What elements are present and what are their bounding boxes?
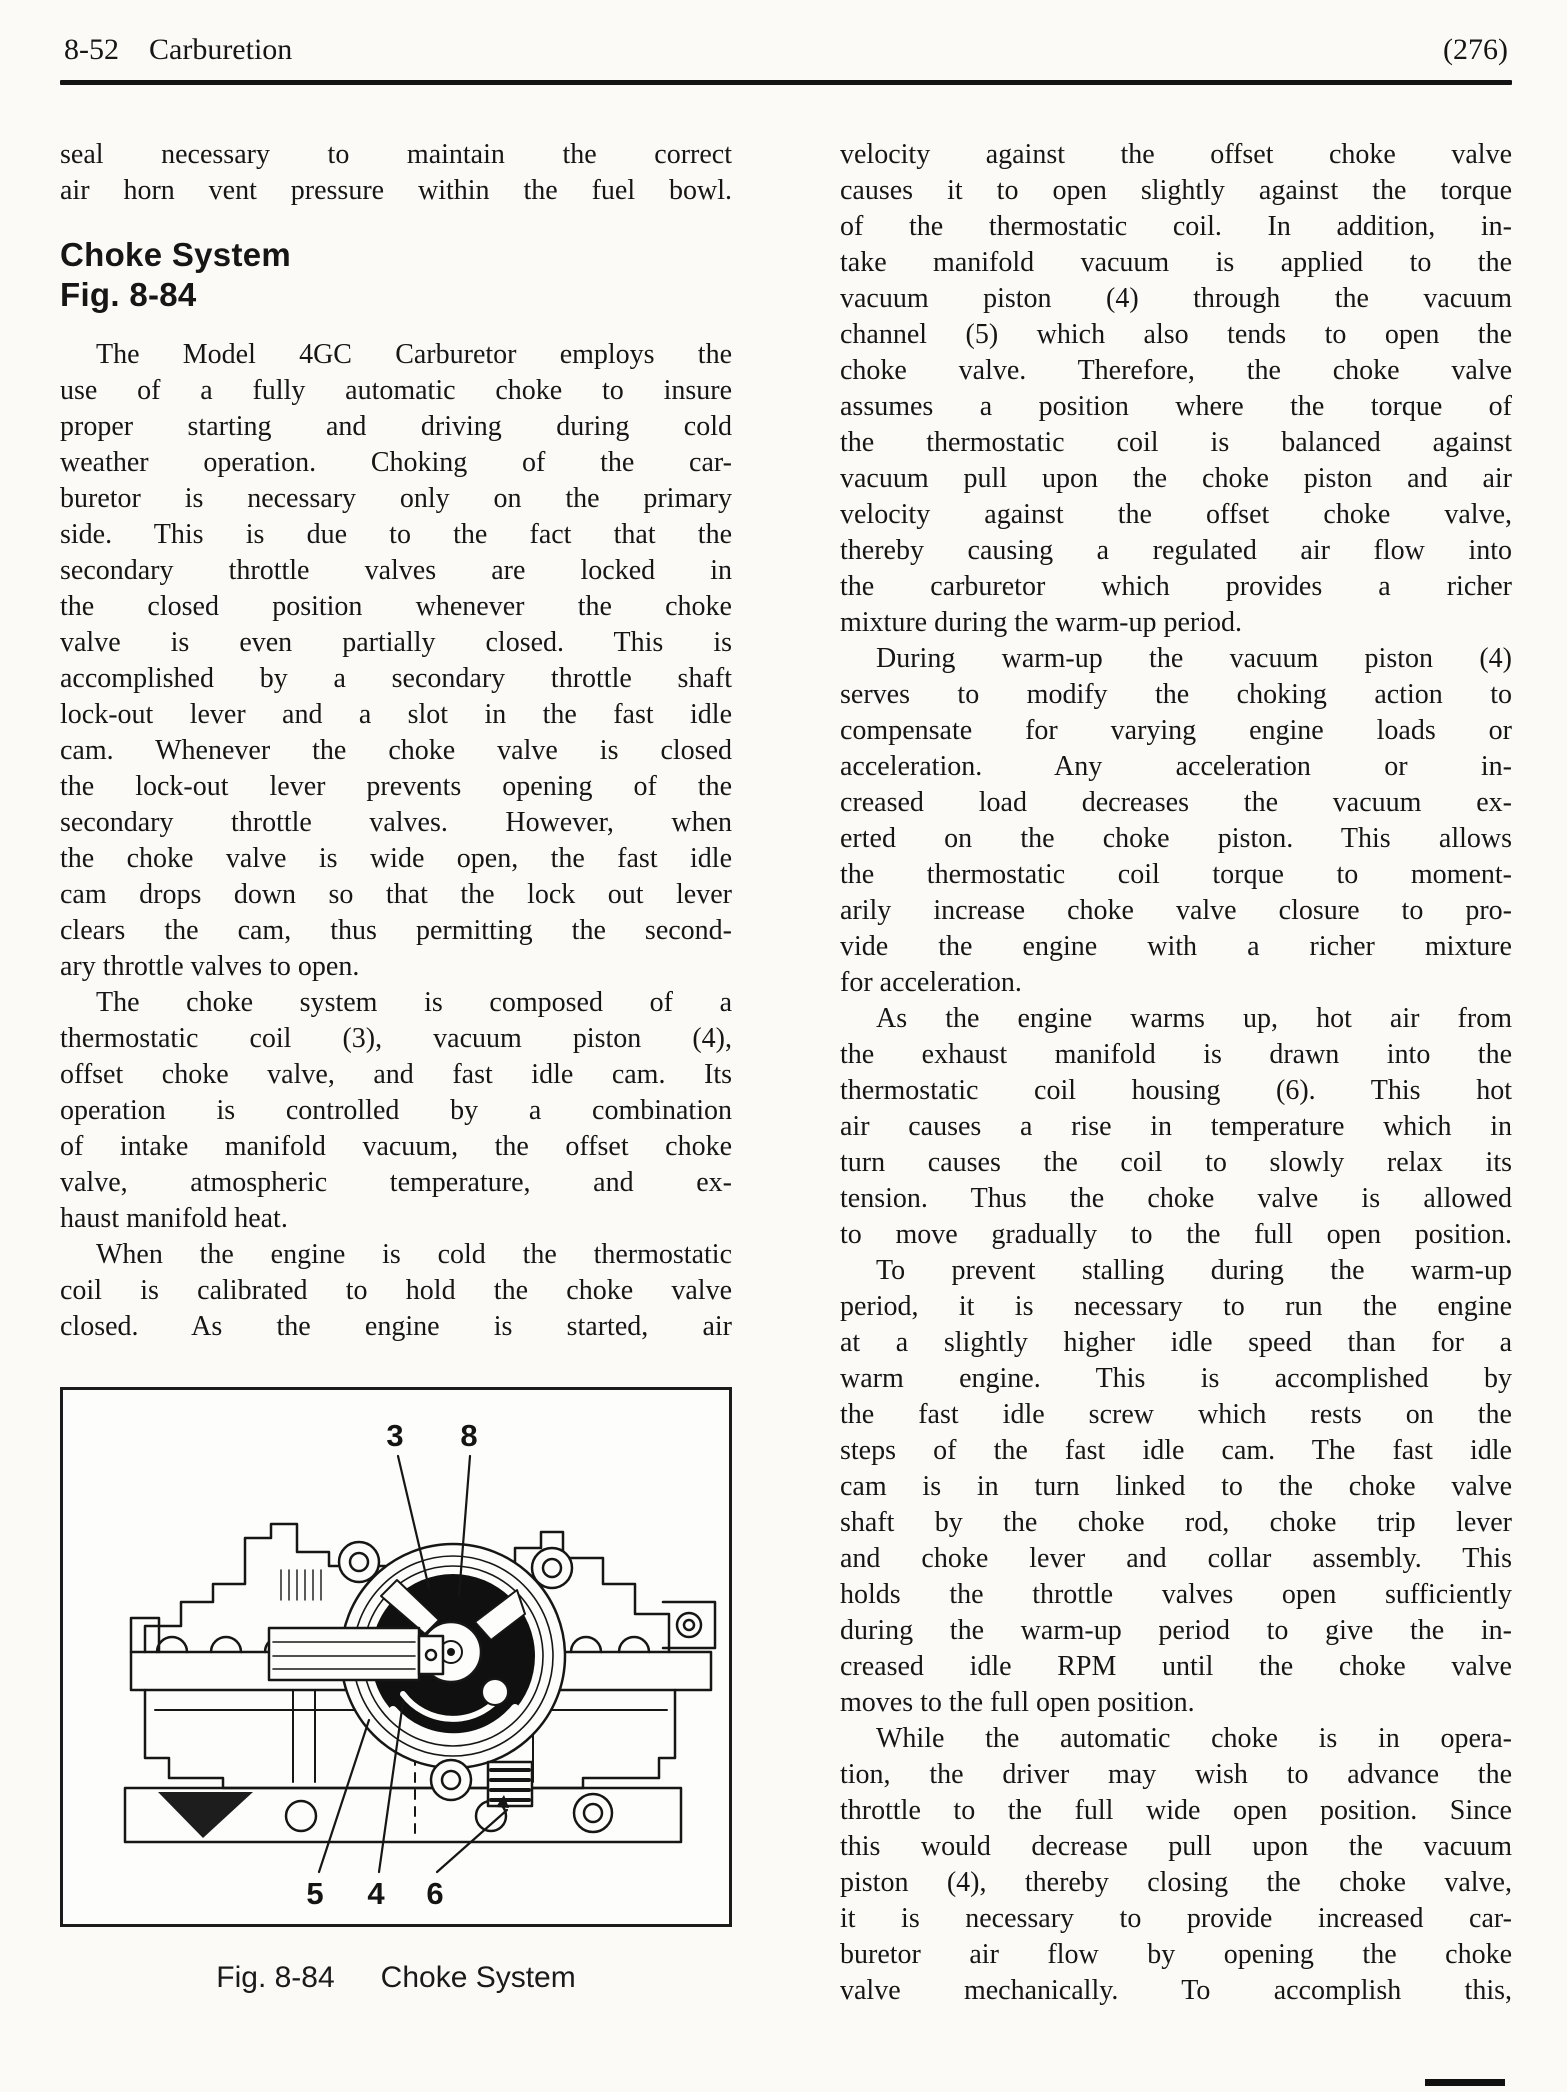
text-line: of the thermostatic coil. In addition, i… — [840, 209, 1512, 245]
text-line: assumes a position where the torque of — [840, 389, 1512, 425]
text-line: channel (5) which also tends to open the — [840, 317, 1512, 353]
heading-line: Fig. 8-84 — [60, 275, 732, 315]
text-line: thermostatic coil (3), vacuum piston (4)… — [60, 1021, 732, 1057]
text-line: the thermostatic coil is balanced agains… — [840, 425, 1512, 461]
text-line: While the automatic choke is in opera- — [840, 1721, 1512, 1757]
text-line: this would decrease pull upon the vacuum — [840, 1829, 1512, 1865]
page-header: 8-52 Carburetion (276) — [60, 28, 1512, 72]
text-line: offset choke valve, and fast idle cam. I… — [60, 1057, 732, 1093]
text-line: valve is even partially closed. This is — [60, 625, 732, 661]
text-line: seal necessary to maintain the correct — [60, 137, 732, 173]
text-line: weather operation. Choking of the car- — [60, 445, 732, 481]
text-line: During warm-up the vacuum piston (4) — [840, 641, 1512, 677]
figure-callout-3: 3 — [386, 1418, 403, 1453]
header-rule — [60, 80, 1512, 85]
paragraph: When the engine is cold the thermostatic… — [60, 1237, 732, 1345]
flange-hole — [286, 1801, 316, 1831]
text-line: acceleration. Any acceleration or in- — [840, 749, 1512, 785]
text-line: The choke system is composed of a — [60, 985, 732, 1021]
figure-callout-4: 4 — [367, 1876, 385, 1911]
figure-frame: 3 8 5 4 6 — [60, 1387, 732, 1927]
text-line: air horn vent pressure within the fuel b… — [60, 173, 732, 209]
text-line: compensate for varying engine loads or — [840, 713, 1512, 749]
figure-caption-title: Choke System — [381, 1961, 576, 1995]
text-line: use of a fully automatic choke to insure — [60, 373, 732, 409]
text-line: lock-out lever and a slot in the fast id… — [60, 697, 732, 733]
text-line: shaft by the choke rod, choke trip lever — [840, 1505, 1512, 1541]
text-line: the choke valve is wide open, the fast i… — [60, 841, 732, 877]
flange-boss-hole — [584, 1804, 602, 1822]
section-number: 8-52 — [64, 28, 119, 72]
text-line: accomplished by a secondary throttle sha… — [60, 661, 732, 697]
text-line: the fast idle screw which rests on the — [840, 1397, 1512, 1433]
housing-ear-hole — [543, 1559, 561, 1577]
text-line: creased idle RPM until the choke valve — [840, 1649, 1512, 1685]
right-fitting-pin — [684, 1620, 694, 1630]
right-fitting-hole — [677, 1613, 701, 1637]
text-line: serves to modify the choking action to — [840, 677, 1512, 713]
text-line: the lock-out lever prevents opening of t… — [60, 769, 732, 805]
text-line: creased load decreases the vacuum ex- — [840, 785, 1512, 821]
text-line: tension. Thus the choke valve is allowed — [840, 1181, 1512, 1217]
paragraph: velocity against the offset choke valvec… — [840, 137, 1512, 641]
housing-ear-hole — [442, 1771, 460, 1789]
hub-center — [447, 1648, 455, 1656]
text-line: proper starting and driving during cold — [60, 409, 732, 445]
text-line: period, it is necessary to run the engin… — [840, 1289, 1512, 1325]
text-line: operation is controlled by a combination — [60, 1093, 732, 1129]
text-line: cam. Whenever the choke valve is closed — [60, 733, 732, 769]
paragraph: To prevent stalling during the warm-uppe… — [840, 1253, 1512, 1721]
text-line: piston (4), thereby closing the choke va… — [840, 1865, 1512, 1901]
header-left: 8-52 Carburetion — [64, 28, 292, 72]
section-heading: Choke SystemFig. 8-84 — [60, 235, 732, 315]
text-line: When the engine is cold the thermostatic — [60, 1237, 732, 1273]
hatching — [281, 1570, 321, 1600]
paragraph: While the automatic choke is in opera-ti… — [840, 1721, 1512, 2009]
text-line: vide the engine with a richer mixture — [840, 929, 1512, 965]
text-line: To prevent stalling during the warm-up — [840, 1253, 1512, 1289]
figure-caption-label: Fig. 8-84 — [216, 1961, 334, 1995]
leader-line-5 — [319, 1720, 369, 1872]
manual-page: 8-52 Carburetion (276) seal necessary to… — [0, 0, 1567, 2092]
flange-boss — [574, 1794, 612, 1832]
text-line: arily increase choke valve closure to pr… — [840, 893, 1512, 929]
text-line: buretor is necessary only on the primary — [60, 481, 732, 517]
text-line: ary throttle valves to open. — [60, 949, 732, 985]
text-line: closed. As the engine is started, air — [60, 1309, 732, 1345]
piston-end — [419, 1636, 443, 1674]
two-column-body: seal necessary to maintain the correctai… — [60, 137, 1512, 2009]
page-number: (276) — [1443, 28, 1508, 72]
text-line: throttle to the full wide open position.… — [840, 1793, 1512, 1829]
text-line: at a slightly higher idle speed than for… — [840, 1325, 1512, 1361]
figure-callout-5: 5 — [306, 1876, 323, 1911]
text-line: it is necessary to provide increased car… — [840, 1901, 1512, 1937]
text-line: thermostatic coil housing (6). This hot — [840, 1073, 1512, 1109]
text-line: and choke lever and collar assembly. Thi… — [840, 1541, 1512, 1577]
figure-callout-8: 8 — [460, 1418, 477, 1453]
text-line: during the warm-up period to give the in… — [840, 1613, 1512, 1649]
housing-ear-hole — [350, 1553, 368, 1571]
text-line: velocity against the offset choke valve, — [840, 497, 1512, 533]
paragraph: The choke system is composed of athermos… — [60, 985, 732, 1237]
text-line: clears the cam, thus permitting the seco… — [60, 913, 732, 949]
shadow-wedge — [158, 1792, 253, 1838]
text-line: air causes a rise in temperature which i… — [840, 1109, 1512, 1145]
paragraph: seal necessary to maintain the correctai… — [60, 137, 732, 209]
text-line: tion, the driver may wish to advance the — [840, 1757, 1512, 1793]
text-line: velocity against the offset choke valve — [840, 137, 1512, 173]
text-line: As the engine warms up, hot air from — [840, 1001, 1512, 1037]
right-fitting — [663, 1602, 715, 1648]
link-pin — [482, 1679, 508, 1705]
text-line: vacuum piston (4) through the vacuum — [840, 281, 1512, 317]
text-line: buretor air flow by opening the choke — [840, 1937, 1512, 1973]
text-line: coil is calibrated to hold the choke val… — [60, 1273, 732, 1309]
text-line: mixture during the warm-up period. — [840, 605, 1512, 641]
text-line: cam drops down so that the lock out leve… — [60, 877, 732, 913]
text-line: steps of the fast idle cam. The fast idl… — [840, 1433, 1512, 1469]
text-line: haust manifold heat. — [60, 1201, 732, 1237]
text-line: the carburetor which provides a richer — [840, 569, 1512, 605]
text-line: valve mechanically. To accomplish this, — [840, 1973, 1512, 2009]
left-column: seal necessary to maintain the correctai… — [60, 137, 732, 2009]
text-line: take manifold vacuum is applied to the — [840, 245, 1512, 281]
text-line: thereby causing a regulated air flow int… — [840, 533, 1512, 569]
text-line: secondary throttle valves. However, when — [60, 805, 732, 841]
text-line: the thermostatic coil torque to moment- — [840, 857, 1512, 893]
text-line: The Model 4GC Carburetor employs the — [60, 337, 732, 373]
text-line: warm engine. This is accomplished by — [840, 1361, 1512, 1397]
text-line: the closed position whenever the choke — [60, 589, 732, 625]
paragraph: As the engine warms up, hot air fromthe … — [840, 1001, 1512, 1253]
text-line: for acceleration. — [840, 965, 1512, 1001]
figure-callout-6: 6 — [426, 1876, 443, 1911]
text-line: choke valve. Therefore, the choke valve — [840, 353, 1512, 389]
figure-caption: Fig. 8-84Choke System — [60, 1961, 732, 1995]
text-line: side. This is due to the fact that the — [60, 517, 732, 553]
paragraph: The Model 4GC Carburetor employs theuse … — [60, 337, 732, 985]
text-line: secondary throttle valves are locked in — [60, 553, 732, 589]
scan-artifact — [1425, 2079, 1505, 2086]
vacuum-piston-bore — [269, 1628, 419, 1680]
text-line: holds the throttle valves open sufficien… — [840, 1577, 1512, 1613]
text-line: of intake manifold vacuum, the offset ch… — [60, 1129, 732, 1165]
heading-line: Choke System — [60, 235, 732, 275]
text-line: causes it to open slightly against the t… — [840, 173, 1512, 209]
text-line: valve, atmospheric temperature, and ex- — [60, 1165, 732, 1201]
right-column: velocity against the offset choke valvec… — [840, 137, 1512, 2009]
text-line: cam is in turn linked to the choke valve — [840, 1469, 1512, 1505]
text-line: to move gradually to the full open posit… — [840, 1217, 1512, 1253]
text-line: vacuum pull upon the choke piston and ai… — [840, 461, 1512, 497]
text-line: erted on the choke piston. This allows — [840, 821, 1512, 857]
text-line: turn causes the coil to slowly relax its — [840, 1145, 1512, 1181]
paragraph: During warm-up the vacuum piston (4)serv… — [840, 641, 1512, 1001]
text-line: moves to the full open position. — [840, 1685, 1512, 1721]
carburetor-diagram: 3 8 5 4 6 — [63, 1390, 729, 1924]
section-title: Carburetion — [149, 28, 292, 72]
text-line: the exhaust manifold is drawn into the — [840, 1037, 1512, 1073]
